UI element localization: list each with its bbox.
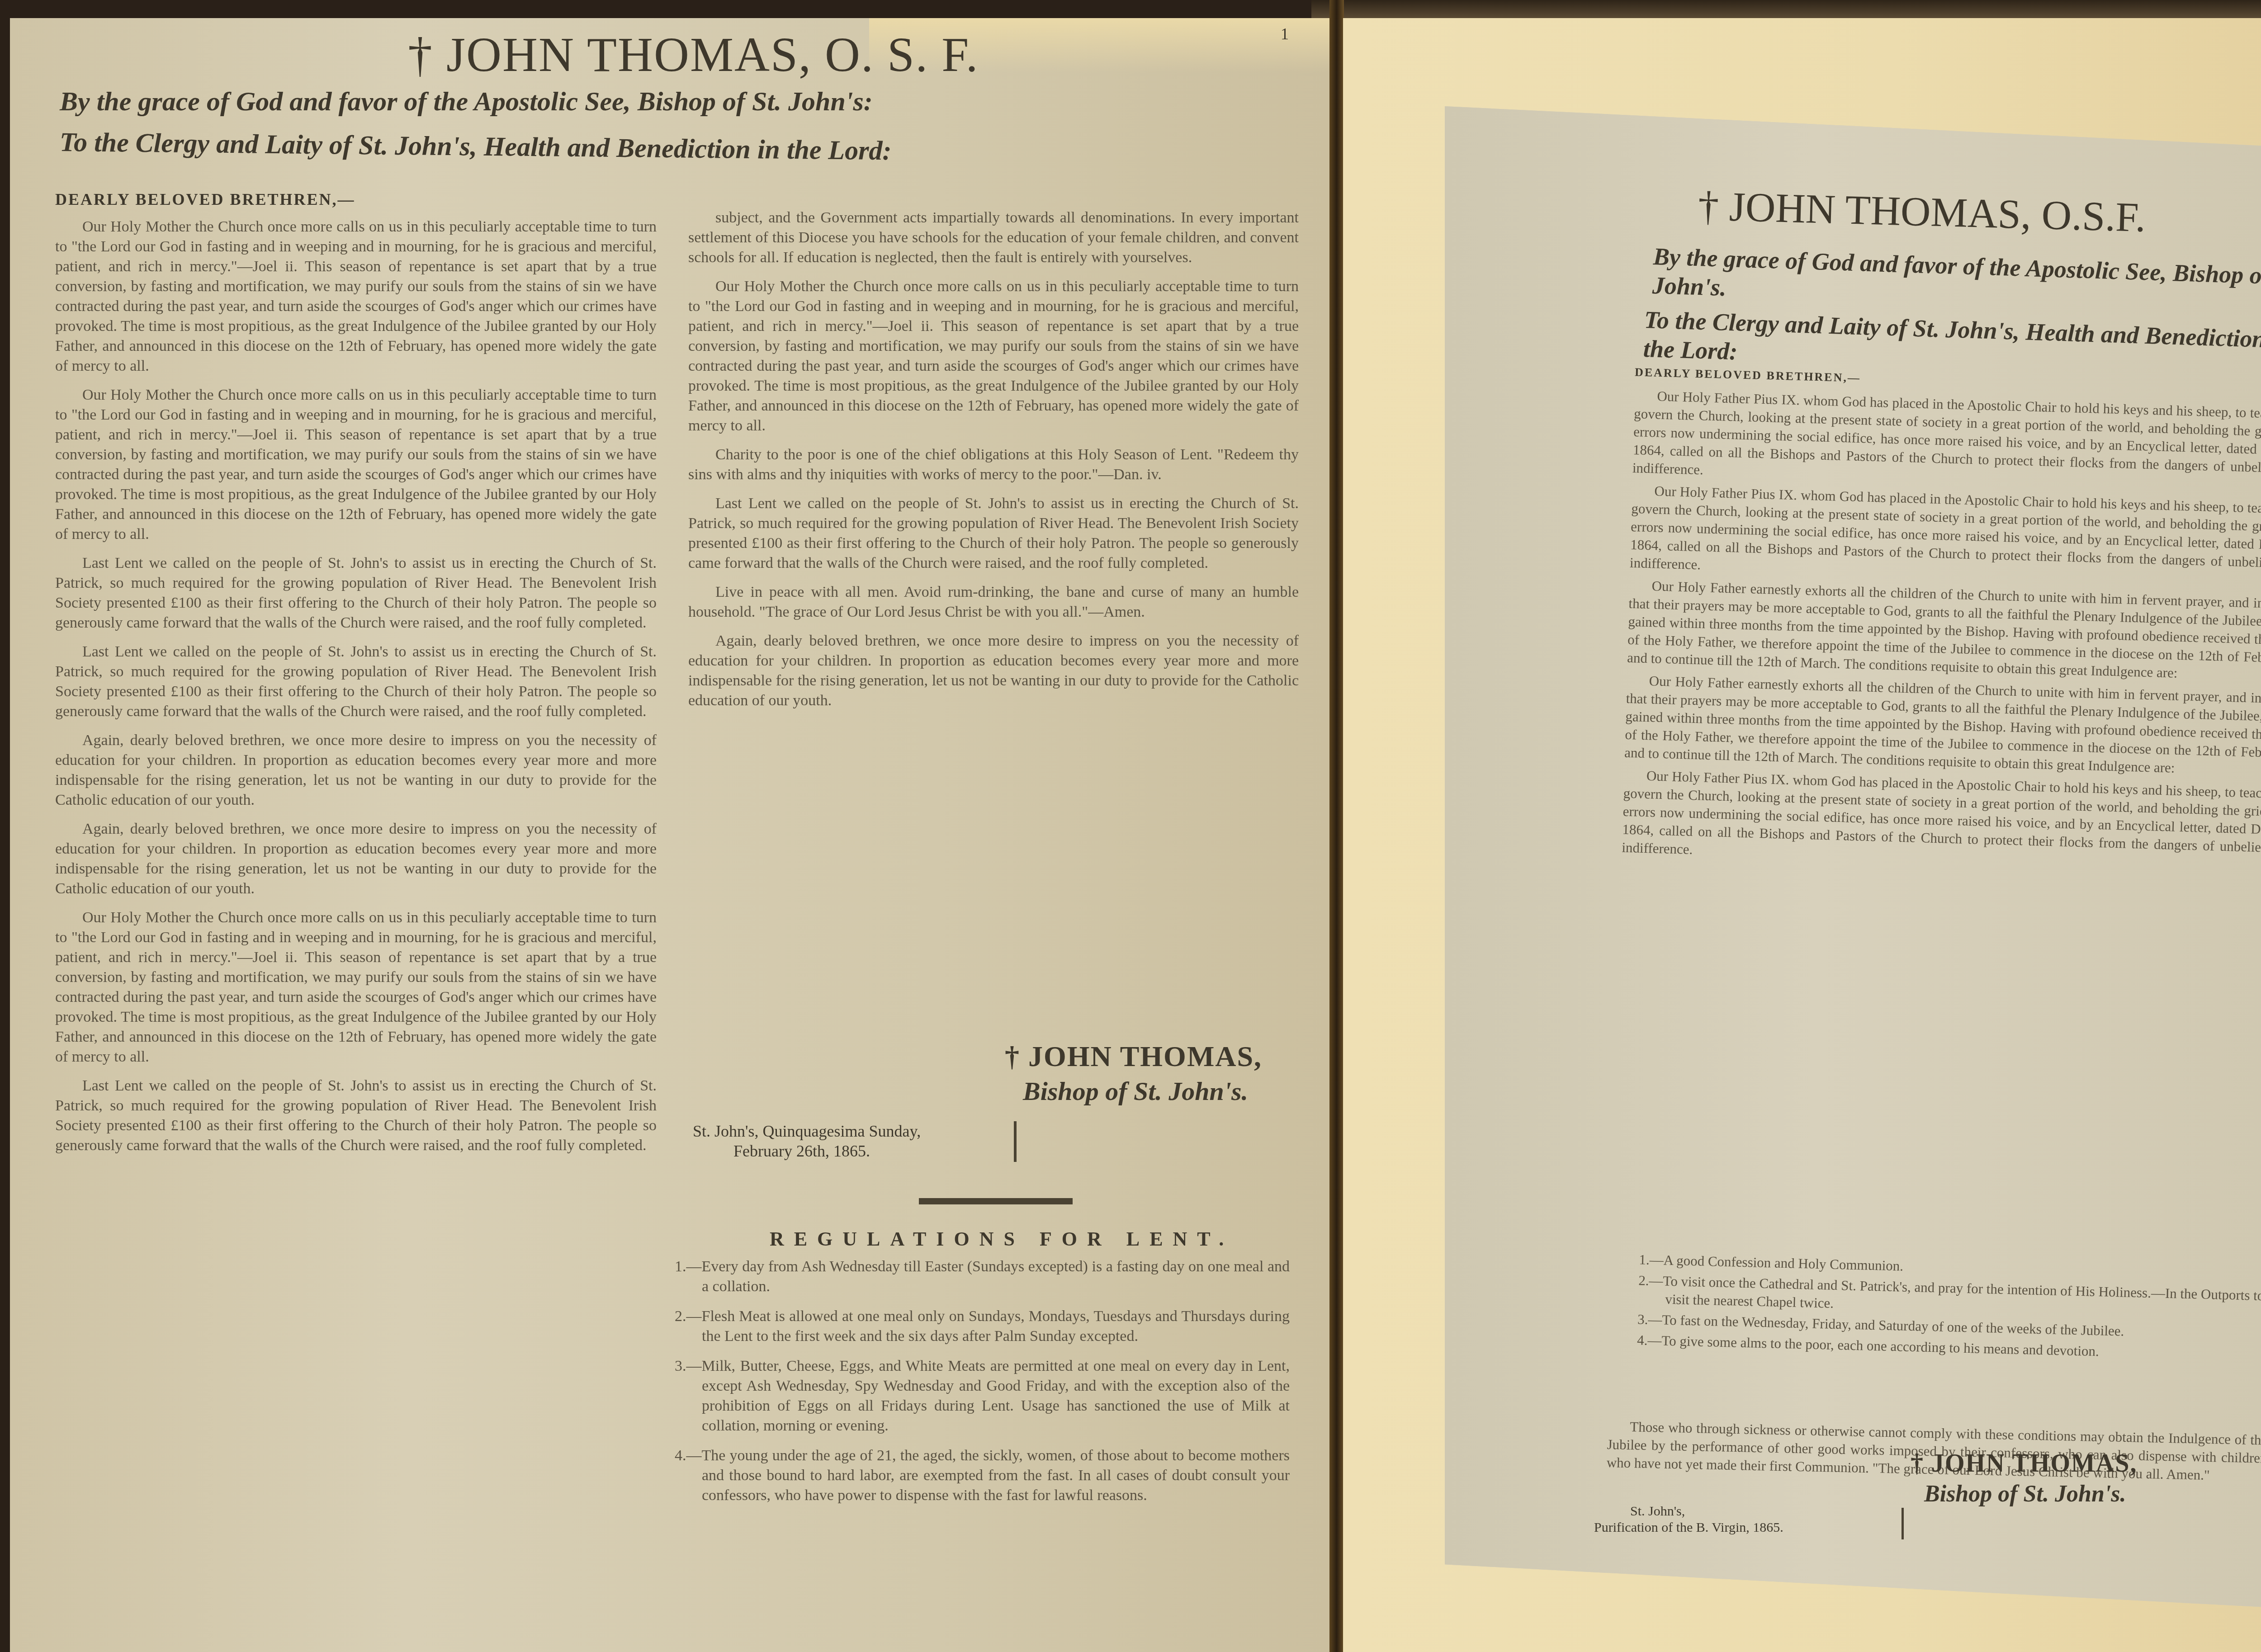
paragraph: Our Holy Father earnestly exhorts all th… bbox=[1624, 671, 2261, 780]
insert-conditions-list: 1.—A good Confession and Holy Communion.… bbox=[1614, 1250, 2261, 1368]
book-gutter bbox=[1329, 0, 1344, 1652]
regulations-heading: REGULATIONS FOR LENT. bbox=[770, 1227, 1234, 1251]
regulation-item: 3.—Milk, Butter, Cheese, Eggs, and White… bbox=[675, 1356, 1290, 1436]
regulation-item: 4.—The young under the age of 21, the ag… bbox=[675, 1446, 1290, 1506]
insert-dateline: St. John's, Purification of the B. Virgi… bbox=[1594, 1503, 1783, 1536]
paragraph: Charity to the poor is one of the chief … bbox=[688, 445, 1299, 485]
insert-title: † JOHN THOMAS, O.S.F. bbox=[1698, 182, 2147, 241]
paragraph: Our Holy Father Pius IX. whom God has pl… bbox=[1622, 766, 2261, 875]
subtitle-greeting: To the Clergy and Laity of St. John's, H… bbox=[60, 127, 892, 166]
paragraph: subject, and the Government acts imparti… bbox=[688, 208, 1299, 268]
divider-rule bbox=[919, 1198, 1073, 1204]
dateline-date: February 26th, 1865. bbox=[693, 1141, 921, 1161]
insert-signature-name: † JOHN THOMAS, bbox=[1911, 1449, 2137, 1478]
regulation-item: 1.—Every day from Ash Wednesday till Eas… bbox=[675, 1257, 1290, 1297]
insert-signature-title: Bishop of St. John's. bbox=[1924, 1481, 2126, 1507]
paragraph: Again, dearly beloved brethren, we once … bbox=[55, 819, 657, 899]
paragraph: Again, dearly beloved brethren, we once … bbox=[55, 731, 657, 810]
page-number: 1 bbox=[1281, 24, 1289, 43]
paragraph: Our Holy Father earnestly exhorts all th… bbox=[1627, 576, 2261, 685]
paragraph: Our Holy Mother the Church once more cal… bbox=[55, 908, 657, 1067]
regulation-item: 2.—Flesh Meat is allowed at one meal onl… bbox=[675, 1307, 1290, 1346]
dateline-place: St. John's, Quinquagesima Sunday, bbox=[693, 1121, 921, 1141]
brace bbox=[1902, 1508, 1904, 1539]
paragraph: Our Holy Father Pius IX. whom God has pl… bbox=[1632, 387, 2261, 496]
signature-name: † JOHN THOMAS, bbox=[1005, 1040, 1262, 1073]
insert-body: Our Holy Father Pius IX. whom God has pl… bbox=[1611, 387, 2261, 1251]
signature-title: Bishop of St. John's. bbox=[1023, 1076, 1248, 1106]
brace bbox=[1014, 1121, 1017, 1162]
salutation: DEARLY BELOVED BRETHREN,— bbox=[55, 190, 355, 209]
book-spread: 1 † JOHN THOMAS, O. S. F. By the grace o… bbox=[0, 0, 2261, 1652]
paragraph: Last Lent we called on the people of St.… bbox=[55, 553, 657, 633]
pasted-in-sheet: † JOHN THOMAS, O.S.F. By the grace of Go… bbox=[1445, 106, 2261, 1610]
column-left: Our Holy Mother the Church once more cal… bbox=[55, 217, 657, 1628]
paragraph: Last Lent we called on the people of St.… bbox=[55, 1076, 657, 1156]
paragraph: Our Holy Mother the Church once more cal… bbox=[688, 277, 1299, 436]
paragraph: Our Holy Father Pius IX. whom God has pl… bbox=[1630, 481, 2261, 590]
subtitle-grace: By the grace of God and favor of the Apo… bbox=[60, 86, 873, 117]
insert-dateline-place: St. John's, bbox=[1594, 1503, 1783, 1520]
paragraph: Last Lent we called on the people of St.… bbox=[55, 642, 657, 722]
left-page: 1 † JOHN THOMAS, O. S. F. By the grace o… bbox=[10, 18, 1330, 1652]
insert-dateline-date: Purification of the B. Virgin, 1865. bbox=[1594, 1520, 1783, 1536]
column-right: subject, and the Government acts imparti… bbox=[688, 208, 1299, 1022]
regulations-list: 1.—Every day from Ash Wednesday till Eas… bbox=[675, 1257, 1290, 1515]
paragraph: Again, dearly beloved brethren, we once … bbox=[688, 631, 1299, 711]
dateline: St. John's, Quinquagesima Sunday, Februa… bbox=[693, 1121, 921, 1161]
paragraph: Last Lent we called on the people of St.… bbox=[688, 494, 1299, 573]
paragraph: Our Holy Mother the Church once more cal… bbox=[55, 385, 657, 544]
paragraph: Live in peace with all men. Avoid rum-dr… bbox=[688, 582, 1299, 622]
book-top-edge bbox=[1311, 0, 2261, 18]
page-title: † JOHN THOMAS, O. S. F. bbox=[408, 27, 979, 83]
paragraph: Our Holy Mother the Church once more cal… bbox=[55, 217, 657, 376]
